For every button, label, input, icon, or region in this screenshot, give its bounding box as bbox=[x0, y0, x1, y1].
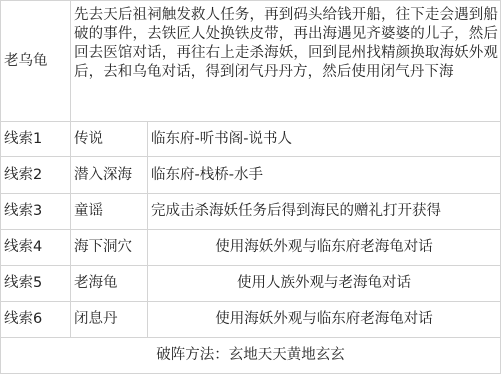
quest-title-cell: 老乌龟 bbox=[1, 1, 71, 122]
clue-name-cell: 传说 bbox=[71, 122, 148, 157]
clue-name-cell: 老海龟 bbox=[71, 266, 148, 302]
clue-name-cell: 闭息丹 bbox=[71, 302, 148, 338]
table-row: 线索5 老海龟 使用人族外观与老海龟对话 bbox=[1, 266, 501, 302]
clue-detail-cell: 使用人族外观与老海龟对话 bbox=[148, 266, 501, 302]
quest-guide-table: 老乌龟 先去天后祖祠触发救人任务，再到码头给钱开船，往下走会遇到船破的事件，去铁… bbox=[0, 0, 501, 373]
quest-description-cell: 先去天后祖祠触发救人任务，再到码头给钱开船，往下走会遇到船破的事件，去铁匠人处换… bbox=[71, 1, 501, 122]
table-row: 线索2 潜入深海 临东府-栈桥-水手 bbox=[1, 157, 501, 194]
table-row: 线索6 闭息丹 使用海妖外观与临东府老海龟对话 bbox=[1, 302, 501, 338]
clue-id-cell: 线索5 bbox=[1, 266, 71, 302]
clue-id-cell: 线索3 bbox=[1, 194, 71, 230]
formation-solution-cell: 破阵方法：玄地天天黄地玄玄 bbox=[1, 338, 501, 374]
clue-id-cell: 线索1 bbox=[1, 122, 71, 157]
clue-id-cell: 线索4 bbox=[1, 230, 71, 266]
clue-detail-cell: 完成击杀海妖任务后得到海民的赠礼打开获得 bbox=[148, 194, 501, 230]
clue-name-cell: 童谣 bbox=[71, 194, 148, 230]
table-row: 线索3 童谣 完成击杀海妖任务后得到海民的赠礼打开获得 bbox=[1, 194, 501, 230]
table-row: 线索4 海下洞穴 使用海妖外观与临东府老海龟对话 bbox=[1, 230, 501, 266]
clue-detail-cell: 使用海妖外观与临东府老海龟对话 bbox=[148, 230, 501, 266]
footer-row: 破阵方法：玄地天天黄地玄玄 bbox=[1, 338, 501, 374]
clue-detail-cell: 临东府-听书阁-说书人 bbox=[148, 122, 501, 157]
clue-detail-cell: 临东府-栈桥-水手 bbox=[148, 157, 501, 194]
clue-name-cell: 海下洞穴 bbox=[71, 230, 148, 266]
clue-name-cell: 潜入深海 bbox=[71, 157, 148, 194]
clue-detail-cell: 使用海妖外观与临东府老海龟对话 bbox=[148, 302, 501, 338]
clue-id-cell: 线索6 bbox=[1, 302, 71, 338]
quest-intro-row: 老乌龟 先去天后祖祠触发救人任务，再到码头给钱开船，往下走会遇到船破的事件，去铁… bbox=[1, 1, 501, 122]
clue-id-cell: 线索2 bbox=[1, 157, 71, 194]
table-row: 线索1 传说 临东府-听书阁-说书人 bbox=[1, 122, 501, 157]
